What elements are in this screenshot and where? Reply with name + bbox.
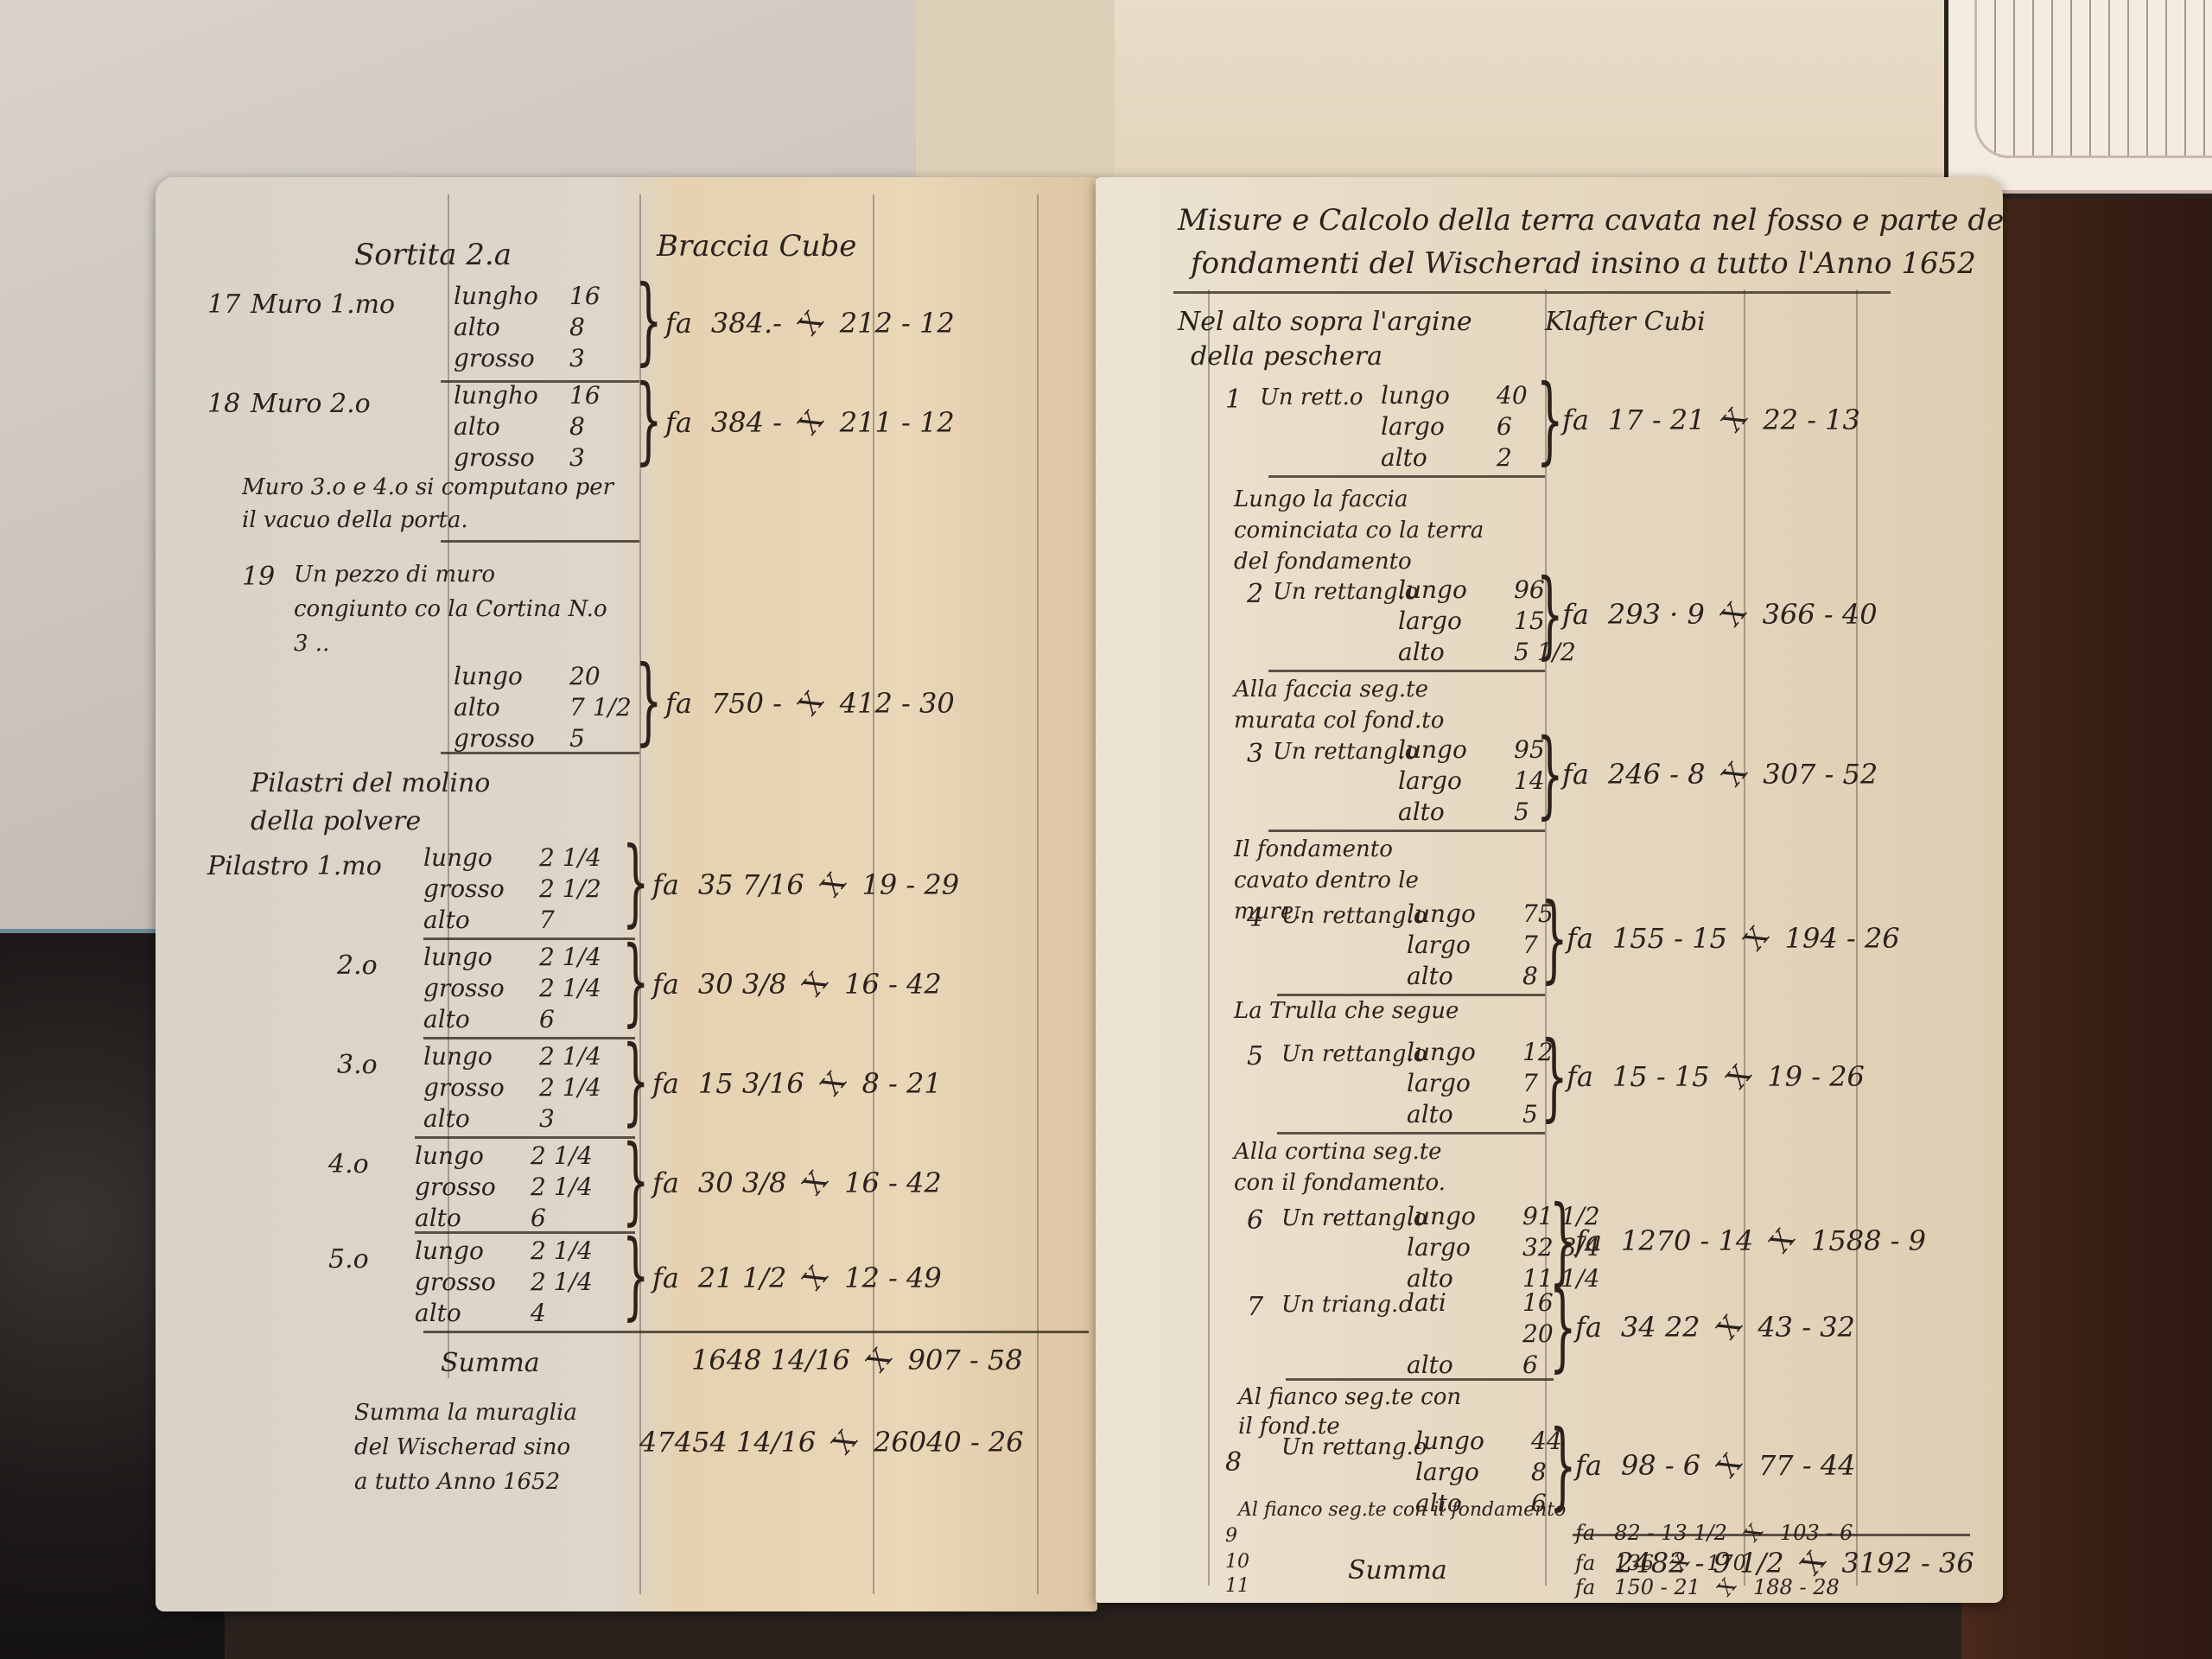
grand-total-label: Summa la muraglia del Wischerad sino a t… [354,1395,577,1499]
cross-mark-icon: X [1794,1545,1832,1581]
entry-label: Un pezzo di muro congiunto co la Cortina… [294,557,613,661]
cross-mark-icon: X [1739,1519,1767,1546]
right-page: Misure e Calcolo della terra cavata nel … [1096,177,2003,1603]
dimension-list: lungo95 largo14 alto5 [1398,734,1545,828]
cross-mark-icon: X [791,305,829,341]
brace-icon: } [1536,372,1564,467]
column-heading: Klafter Cubi [1545,307,1706,337]
brace-icon: } [622,1033,650,1128]
column-rule [1037,194,1039,1594]
cross-mark-icon: X [1715,756,1753,792]
entry-number: 18 [207,389,240,419]
calculation-row: fa384 -X211 - 12 [665,406,955,439]
dimension-list: lungo12 largo7 alto5 [1407,1037,1554,1130]
background-sheet-right [1115,0,1944,194]
calculation-row: fa82 - 13 1/2X103 - 6 [1575,1521,1853,1545]
entry-label: Un rett.o [1260,385,1363,410]
brace-icon: } [622,834,650,929]
cross-mark-icon: X [1714,596,1752,632]
summa-row: 2482 - 9 1/2X3192 - 36 [1616,1547,1974,1580]
entry-label: 5.o [328,1244,369,1274]
dimension-list: lungo20 alto7 1/2 grosso5 [454,661,632,754]
calculation-row: fa750 -X412 - 30 [665,687,955,720]
background-sheet-middle [916,0,1132,199]
calculation-row: fa1270 - 14X1588 - 9 [1575,1224,1926,1257]
brace-icon: } [635,272,663,367]
brace-icon: } [635,652,663,747]
entry-heading: Alla faccia seg.te murata col fond.to [1234,674,1459,736]
brace-icon: } [1536,566,1564,661]
entry-number: 7 [1247,1292,1263,1322]
calculation-row: fa384.-X212 - 12 [665,307,955,340]
calculation-row: fa30 3/8X16 - 42 [652,1166,942,1199]
grand-total-row: 47454 14/16X26040 - 26 [639,1426,1024,1459]
dimension-list: lungo2 1/4 grosso2 1/4 alto4 [415,1236,593,1329]
calculation-row: fa246 - 8X307 - 52 [1562,758,1878,791]
entry-heading: Al fianco seg.te con il fondamento [1238,1499,1566,1521]
entry-number: 9 [1225,1525,1237,1547]
entry-label: Un rettang.o [1273,739,1418,765]
cross-mark-icon: X [1711,1447,1749,1484]
cross-mark-icon: X [791,404,829,441]
entry-label: Un rettang.o [1281,1041,1427,1067]
brace-icon: } [1549,1279,1577,1374]
calculation-row: fa15 - 15X19 - 26 [1567,1060,1865,1093]
cross-mark-icon: X [1719,1058,1758,1095]
brace-icon: } [1541,890,1568,985]
entry-label: Un rettang.o [1281,903,1427,929]
cross-mark-icon: X [797,966,835,1002]
page-title: Misure e Calcolo della terra cavata nel … [1178,203,2004,238]
cross-mark-icon: X [1737,920,1775,957]
calculation-row: fa34 22X43 - 32 [1575,1311,1855,1344]
brace-icon: } [622,1132,650,1227]
cross-mark-icon: X [791,685,829,721]
entry-number: 6 [1247,1205,1263,1236]
calculation-row: fa21 1/2X12 - 49 [652,1262,942,1294]
cross-mark-icon: X [797,1165,835,1201]
calculation-row: fa15 3/16X8 - 21 [652,1067,942,1100]
cross-mark-icon: X [814,867,852,903]
calculation-row: fa35 7/16X19 - 29 [652,868,959,901]
entry-label: Un rettang.o [1273,579,1418,605]
entry-label: Un rettang.o [1281,1205,1427,1231]
entry-number: 19 [242,562,275,592]
calculation-row: fa293 · 9X366 - 40 [1562,598,1878,631]
entry-label: 3.o [337,1050,378,1080]
cross-mark-icon: X [797,1260,835,1296]
brace-icon: } [635,372,663,467]
entry-number: 10 [1225,1551,1249,1573]
entry-number: 3 [1247,739,1263,769]
entry-number: 1 [1225,385,1242,415]
cross-mark-icon: X [1715,402,1753,438]
entry-number: 17 [207,289,240,320]
section-heading: Sortita 2.a [354,238,512,272]
summa-row: 1648 14/16X907 - 58 [691,1344,1023,1376]
entry-number: 8 [1225,1447,1242,1478]
entry-number: 5 [1247,1041,1263,1071]
brace-icon: } [1549,1417,1577,1512]
dimension-list: lungho16 alto8 grosso3 [454,380,601,474]
calculation-row: fa17 - 21X22 - 13 [1562,404,1860,436]
entry-heading: La Trulla che segue [1234,998,1459,1024]
cross-mark-icon: X [1764,1223,1802,1259]
dimension-list: lungo2 1/4 grosso2 1/4 alto3 [423,1041,601,1135]
note-text: Muro 3.o e 4.o si computano per il vacuo… [242,471,622,537]
calculation-row: fa155 - 15X194 - 26 [1567,922,1900,955]
entry-label: 2.o [337,950,378,981]
column-heading: Braccia Cube [657,229,856,264]
dimension-list: lungo2 1/4 grosso2 1/2 alto7 [423,842,601,936]
entry-number: 2 [1247,579,1263,609]
dimension-list: lati16 20 alto6 [1407,1287,1554,1381]
brace-icon: } [622,933,650,1028]
dimension-list: lungo2 1/4 grosso2 1/4 alto6 [415,1141,593,1234]
brace-icon: } [1536,726,1564,821]
entry-label: Un rettang.o [1281,1434,1427,1460]
dimension-list: lungo2 1/4 grosso2 1/4 alto6 [423,942,601,1035]
cross-mark-icon: X [814,1065,852,1102]
cross-mark-icon: X [826,1424,864,1460]
entry-label: Pilastro 1.mo [207,851,382,881]
entry-heading: Lungo la faccia cominciata co la terra d… [1234,484,1493,577]
brace-icon: } [622,1227,650,1322]
entry-label: Un triang.o [1281,1292,1412,1318]
section-heading: della peschera [1191,341,1382,372]
calculation-row: fa98 - 6X77 - 44 [1575,1449,1856,1482]
entry-number: 4 [1247,903,1263,933]
dimension-list: lungo75 largo7 alto8 [1407,899,1554,992]
summa-label: Summa [1348,1555,1447,1586]
cross-mark-icon: X [1710,1309,1748,1345]
entry-heading: Alla cortina seg.te con il fondamento. [1234,1136,1459,1198]
entry-label: Muro 2.o [251,389,371,419]
lined-notepad [1948,0,2212,194]
section-heading: Nel alto sopra l'argine [1178,307,1472,337]
entry-label: 4.o [328,1149,369,1179]
brace-icon: } [1541,1028,1568,1123]
section-heading: Pilastri del molino della polvere [251,765,510,841]
summa-label: Summa [441,1348,540,1378]
entry-label: Muro 1.mo [251,289,395,320]
cross-mark-icon: X [860,1342,898,1378]
left-page: Sortita 2.a Braccia Cube 17 Muro 1.mo lu… [156,177,1097,1611]
column-rule [1208,289,1210,1586]
page-title: fondamenti del Wischerad insino a tutto … [1191,246,1976,281]
calculation-row: fa30 3/8X16 - 42 [652,968,942,1001]
entry-number: 11 [1225,1575,1249,1597]
dimension-list: lungo40 largo6 alto2 [1381,380,1528,474]
dimension-list: lungho16 alto8 grosso3 [454,281,601,374]
